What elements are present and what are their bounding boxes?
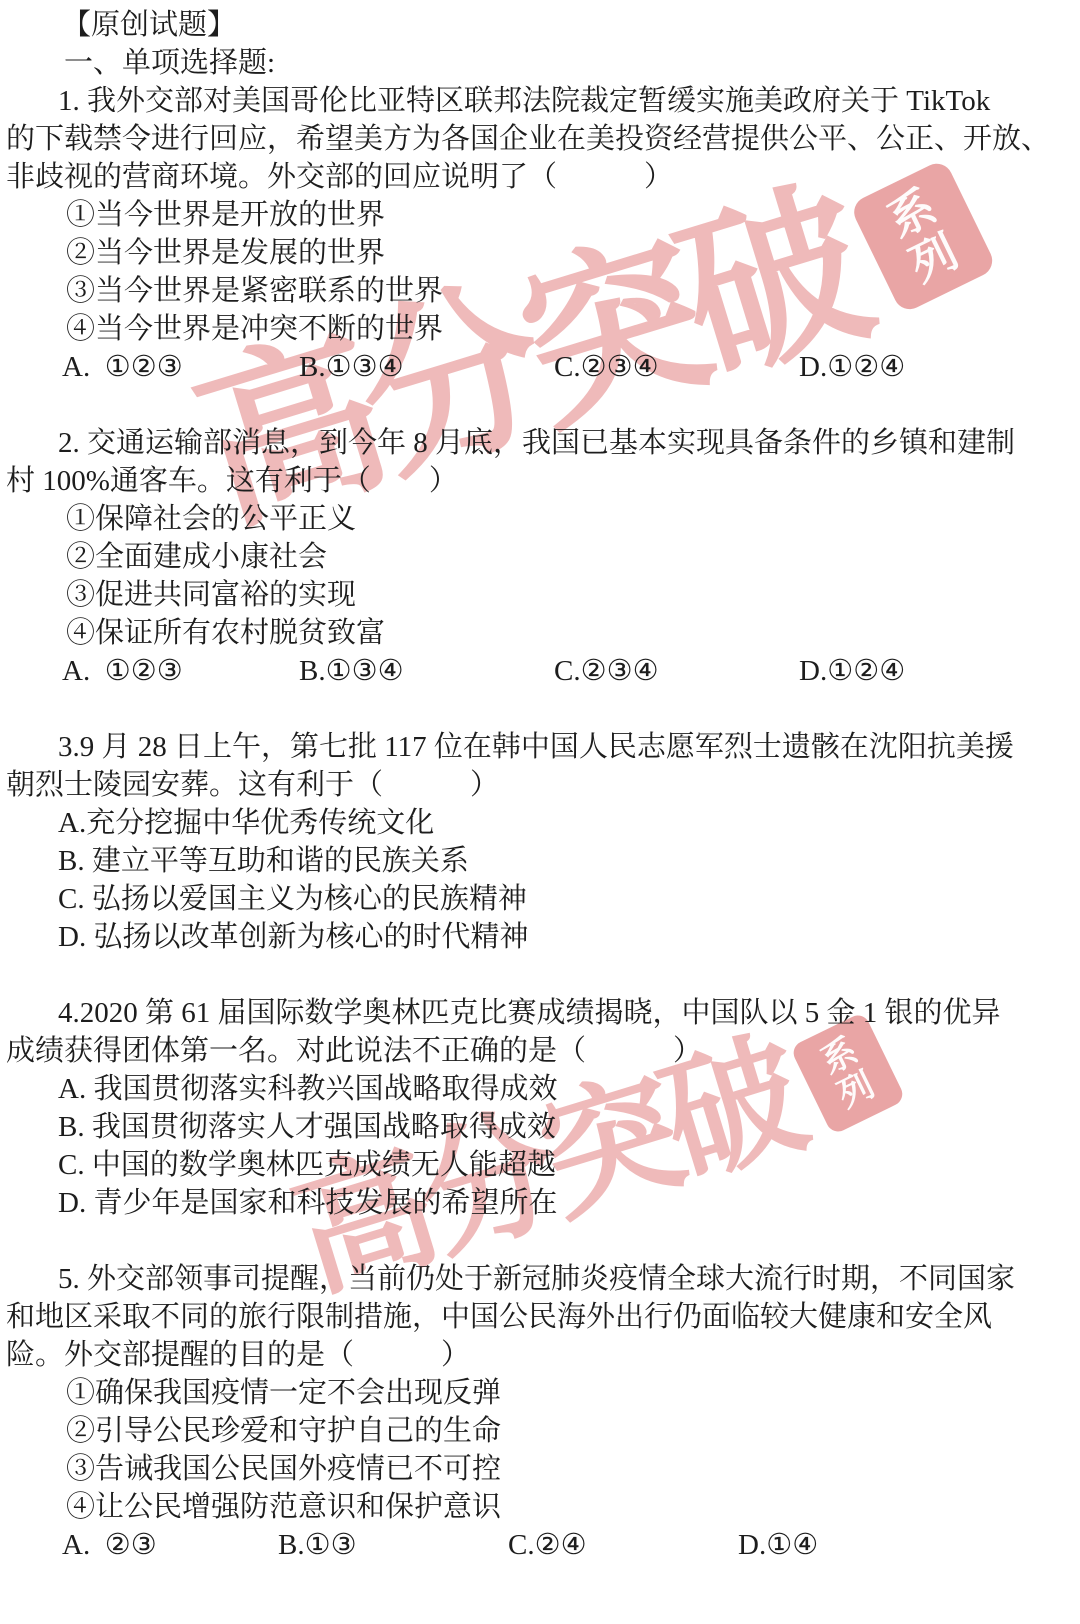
choice-row: A. ①②③ B.①③④ C.②③④ D.①②④: [0, 652, 1080, 690]
question-4: 4.2020 第 61 届国际数学奥林匹克比赛成绩揭晓，中国队以 5 金 1 银…: [0, 994, 1080, 1222]
question-5: 5. 外交部领事司提醒，当前仍处于新冠肺炎疫情全球大流行时期，不同国家 和地区采…: [0, 1260, 1080, 1564]
option-line-b: B. 建立平等互助和谐的民族关系: [0, 842, 1080, 880]
stem-line: 2. 交通运输部消息，到今年 8 月底，我国已基本实现具备条件的乡镇和建制: [0, 424, 1080, 462]
stem-line: 成绩获得团体第一名。对此说法不正确的是（ ）: [0, 1032, 1080, 1070]
stem-line: 险。外交部提醒的目的是（ ）: [0, 1336, 1080, 1374]
option-line-2: ②当今世界是发展的世界: [0, 234, 1080, 272]
choice-d: D.①④: [738, 1526, 818, 1564]
option-line-4: ④让公民增强防范意识和保护意识: [0, 1488, 1080, 1526]
stem-line: 5. 外交部领事司提醒，当前仍处于新冠肺炎疫情全球大流行时期，不同国家: [0, 1260, 1080, 1298]
stem-line: 朝烈士陵园安葬。这有利于（ ）: [0, 766, 1080, 804]
choice-c: C.②③④: [554, 348, 799, 386]
stem-line: 4.2020 第 61 届国际数学奥林匹克比赛成绩揭晓，中国队以 5 金 1 银…: [0, 994, 1080, 1032]
choice-a: A. ①②③: [62, 348, 299, 386]
option-line-1: ①当今世界是开放的世界: [0, 196, 1080, 234]
option-line-a: A.充分挖掘中华优秀传统文化: [0, 804, 1080, 842]
option-line-3: ③当今世界是紧密联系的世界: [0, 272, 1080, 310]
section-heading: 一、单项选择题:: [0, 44, 1080, 82]
choice-d: D.①②④: [799, 652, 905, 690]
option-line-1: ①确保我国疫情一定不会出现反弹: [0, 1374, 1080, 1412]
option-line-c: C. 中国的数学奥林匹克成绩无人能超越: [0, 1146, 1080, 1184]
stem-line: 1. 我外交部对美国哥伦比亚特区联邦法院裁定暂缓实施美政府关于 TikTok: [0, 82, 1080, 120]
choice-row: A. ②③ B.①③ C.②④ D.①④: [0, 1526, 1080, 1564]
choice-b: B.①③④: [299, 348, 554, 386]
option-line-1: ①保障社会的公平正义: [0, 500, 1080, 538]
stem-line: 的下载禁令进行回应，希望美方为各国企业在美投资经营提供公平、公正、开放、: [0, 120, 1080, 158]
stem-line: 3.9 月 28 日上午，第七批 117 位在韩中国人民志愿军烈士遗骸在沈阳抗美…: [0, 728, 1080, 766]
question-3: 3.9 月 28 日上午，第七批 117 位在韩中国人民志愿军烈士遗骸在沈阳抗美…: [0, 728, 1080, 956]
choice-d: D.①②④: [799, 348, 905, 386]
choice-c: C.②③④: [554, 652, 799, 690]
option-line-4: ④保证所有农村脱贫致富: [0, 614, 1080, 652]
question-1: 1. 我外交部对美国哥伦比亚特区联邦法院裁定暂缓实施美政府关于 TikTok 的…: [0, 82, 1080, 386]
option-line-b: B. 我国贯彻落实人才强国战略取得成效: [0, 1108, 1080, 1146]
option-line-d: D. 弘扬以改革创新为核心的时代精神: [0, 918, 1080, 956]
exam-page: 【原创试题】 一、单项选择题: 1. 我外交部对美国哥伦比亚特区联邦法院裁定暂缓…: [0, 0, 1080, 1564]
option-line-a: A. 我国贯彻落实科教兴国战略取得成效: [0, 1070, 1080, 1108]
question-2: 2. 交通运输部消息，到今年 8 月底，我国已基本实现具备条件的乡镇和建制 村 …: [0, 424, 1080, 690]
option-line-2: ②引导公民珍爱和守护自己的生命: [0, 1412, 1080, 1450]
option-line-2: ②全面建成小康社会: [0, 538, 1080, 576]
choice-row: A. ①②③ B.①③④ C.②③④ D.①②④: [0, 348, 1080, 386]
choice-b: B.①③④: [299, 652, 554, 690]
choice-c: C.②④: [508, 1526, 738, 1564]
stem-line: 和地区采取不同的旅行限制措施，中国公民海外出行仍面临较大健康和安全风: [0, 1298, 1080, 1336]
option-line-3: ③告诫我国公民国外疫情已不可控: [0, 1450, 1080, 1488]
option-line-d: D. 青少年是国家和科技发展的希望所在: [0, 1184, 1080, 1222]
option-line-4: ④当今世界是冲突不断的世界: [0, 310, 1080, 348]
choice-a: A. ②③: [62, 1526, 278, 1564]
option-line-3: ③促进共同富裕的实现: [0, 576, 1080, 614]
option-line-c: C. 弘扬以爱国主义为核心的民族精神: [0, 880, 1080, 918]
stem-line: 村 100%通客车。这有利于（ ）: [0, 462, 1080, 500]
choice-b: B.①③: [278, 1526, 508, 1564]
choice-a: A. ①②③: [62, 652, 299, 690]
page-title: 【原创试题】: [0, 6, 1080, 44]
stem-line: 非歧视的营商环境。外交部的回应说明了（ ）: [0, 158, 1080, 196]
